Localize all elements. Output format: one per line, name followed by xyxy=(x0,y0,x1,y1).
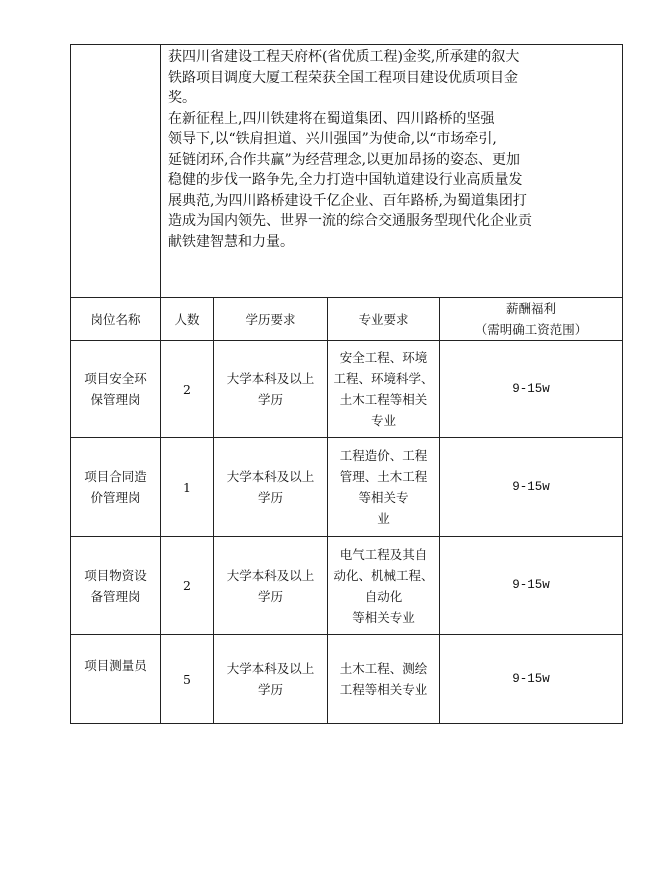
position-text: 项目测量员 xyxy=(73,655,158,676)
education-text: 学历 xyxy=(216,679,325,700)
header-education: 学历要求 xyxy=(214,298,328,341)
table-row: 项目合同造 价管理岗 1 大学本科及以上 学历 工程造价、工程 管理、土木工程 … xyxy=(71,438,623,537)
intro-left-blank-cell xyxy=(71,45,161,298)
salary-cell: 9-15w xyxy=(440,537,623,635)
major-text: 土木工程等相关 xyxy=(330,389,437,410)
education-text: 学历 xyxy=(216,586,325,607)
header-major: 专业要求 xyxy=(328,298,440,341)
count-cell: 2 xyxy=(161,537,214,635)
header-salary: 薪酬福利 （需明确工资范围） xyxy=(440,298,623,341)
major-cell: 土木工程、测绘 工程等相关专业 xyxy=(328,635,440,724)
salary-cell: 9-15w xyxy=(440,635,623,724)
position-text: 价管理岗 xyxy=(73,487,158,508)
major-text: 等相关专 xyxy=(330,487,437,508)
intro-line: 领导下,以“铁肩担道、兴川强国”为使命,以“市场牵引, xyxy=(168,129,618,150)
education-text: 大学本科及以上 xyxy=(216,368,325,389)
major-text: 等相关专业 xyxy=(330,607,437,628)
intro-paragraph-1: 获四川省建设工程天府杯(省优质工程)金奖,所承建的叙大 铁路项目调度大厦工程荣获… xyxy=(168,47,618,109)
intro-line: 奖。 xyxy=(168,88,618,109)
major-cell: 安全工程、环境 工程、环境科学、 土木工程等相关 专业 xyxy=(328,341,440,438)
position-text: 项目安全环 xyxy=(73,368,158,389)
intro-line: 铁路项目调度大厦工程荣获全国工程项目建设优质项目金 xyxy=(168,68,618,89)
major-text: 自动化 xyxy=(330,586,437,607)
table-row: 项目物资设 备管理岗 2 大学本科及以上 学历 电气工程及其自 动化、机械工程、… xyxy=(71,537,623,635)
intro-row: 获四川省建设工程天府杯(省优质工程)金奖,所承建的叙大 铁路项目调度大厦工程荣获… xyxy=(71,45,623,298)
education-cell: 大学本科及以上 学历 xyxy=(214,341,328,438)
major-cell: 工程造价、工程 管理、土木工程 等相关专 业 xyxy=(328,438,440,537)
major-text: 业 xyxy=(330,508,437,529)
count-cell: 1 xyxy=(161,438,214,537)
major-text: 工程造价、工程 xyxy=(330,445,437,466)
intro-line: 造成为国内领先、世界一流的综合交通服务型现代化企业贡 xyxy=(168,211,618,232)
education-text: 大学本科及以上 xyxy=(216,466,325,487)
intro-line: 获四川省建设工程天府杯(省优质工程)金奖,所承建的叙大 xyxy=(168,47,618,68)
intro-line: 稳健的步伐一路争先,全力打造中国轨道建设行业高质量发 xyxy=(168,170,618,191)
position-cell: 项目物资设 备管理岗 xyxy=(71,537,161,635)
education-cell: 大学本科及以上 学历 xyxy=(214,635,328,724)
intro-line: 延链闭环,合作共赢”为经营理念,以更加昂扬的姿态、更加 xyxy=(168,150,618,171)
recruitment-table: 获四川省建设工程天府杯(省优质工程)金奖,所承建的叙大 铁路项目调度大厦工程荣获… xyxy=(70,44,623,724)
major-text: 专业 xyxy=(330,410,437,431)
company-intro-cell: 获四川省建设工程天府杯(省优质工程)金奖,所承建的叙大 铁路项目调度大厦工程荣获… xyxy=(161,45,623,298)
position-cell: 项目安全环 保管理岗 xyxy=(71,341,161,438)
major-text: 安全工程、环境 xyxy=(330,347,437,368)
position-text: 项目物资设 xyxy=(73,565,158,586)
intro-line: 展典范,为四川路桥建设千亿企业、百年路桥,为蜀道集团打 xyxy=(168,191,618,212)
position-cell: 项目合同造 价管理岗 xyxy=(71,438,161,537)
intro-line: 在新征程上,四川铁建将在蜀道集团、四川路桥的坚强 xyxy=(168,109,618,130)
position-text: 备管理岗 xyxy=(73,586,158,607)
count-cell: 2 xyxy=(161,341,214,438)
education-text: 学历 xyxy=(216,389,325,410)
salary-cell: 9-15w xyxy=(440,438,623,537)
major-text: 电气工程及其自 xyxy=(330,544,437,565)
header-count: 人数 xyxy=(161,298,214,341)
major-cell: 电气工程及其自 动化、机械工程、 自动化 等相关专业 xyxy=(328,537,440,635)
education-text: 学历 xyxy=(216,487,325,508)
position-text: 项目合同造 xyxy=(73,466,158,487)
intro-paragraph-2: 在新征程上,四川铁建将在蜀道集团、四川路桥的坚强 领导下,以“铁肩担道、兴川强国… xyxy=(168,109,618,253)
education-cell: 大学本科及以上 学历 xyxy=(214,438,328,537)
education-text: 大学本科及以上 xyxy=(216,565,325,586)
position-text: 保管理岗 xyxy=(73,389,158,410)
count-cell: 5 xyxy=(161,635,214,724)
intro-line: 献铁建智慧和力量。 xyxy=(168,232,618,253)
table-header-row: 岗位名称 人数 学历要求 专业要求 薪酬福利 （需明确工资范围） xyxy=(71,298,623,341)
header-salary-note: （需明确工资范围） xyxy=(442,319,620,340)
header-position: 岗位名称 xyxy=(71,298,161,341)
table-row: 项目安全环 保管理岗 2 大学本科及以上 学历 安全工程、环境 工程、环境科学、… xyxy=(71,341,623,438)
position-cell: 项目测量员 xyxy=(71,635,161,724)
major-text: 工程、环境科学、 xyxy=(330,368,437,389)
major-text: 工程等相关专业 xyxy=(330,679,437,700)
education-cell: 大学本科及以上 学历 xyxy=(214,537,328,635)
major-text: 动化、机械工程、 xyxy=(330,565,437,586)
major-text: 管理、土木工程 xyxy=(330,466,437,487)
header-salary-title: 薪酬福利 xyxy=(442,298,620,319)
salary-cell: 9-15w xyxy=(440,341,623,438)
table-row: 项目测量员 5 大学本科及以上 学历 土木工程、测绘 工程等相关专业 9-15w xyxy=(71,635,623,724)
major-text: 土木工程、测绘 xyxy=(330,658,437,679)
education-text: 大学本科及以上 xyxy=(216,658,325,679)
